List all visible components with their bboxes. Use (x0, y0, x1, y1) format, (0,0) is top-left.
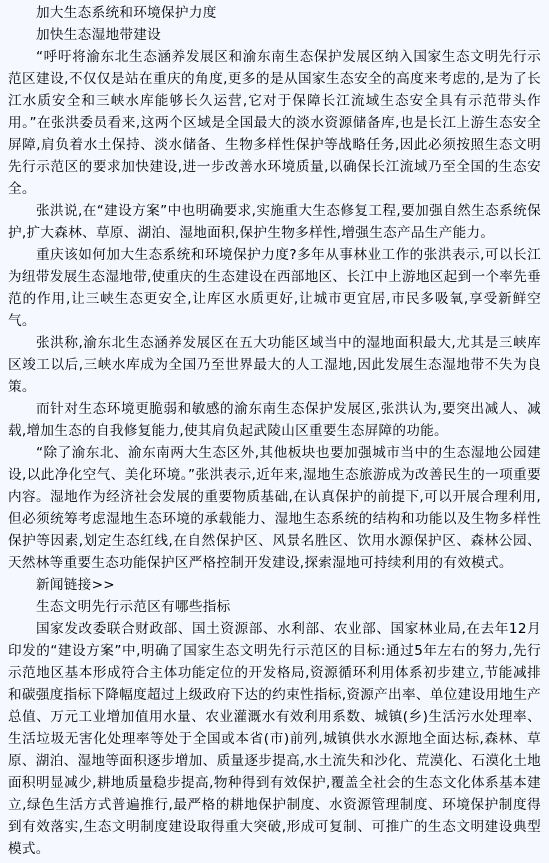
article-paragraph: 张洪称,渝东北生态涵养发展区在五大功能区域当中的湿地面积最大,尤其是三峡库区竣工… (8, 332, 541, 398)
article-paragraph: “呼吁将渝东北生态涵养发展区和渝东南生态保护发展区纳入国家生态文明先行示范区建设… (8, 46, 541, 200)
section-heading: 加大生态系统和环境保护力度 (8, 2, 541, 24)
section-subheading: 加快生态湿地带建设 (8, 24, 541, 46)
article-paragraph: 张洪说,在“建设方案”中也明确要求,实施重大生态修复工程,要加强自然生态系统保护… (8, 200, 541, 244)
article-paragraph: 而针对生态环境更脆弱和敏感的渝东南生态保护发展区,张洪认为,要突出减人、减载,增… (8, 398, 541, 442)
article-paragraph: “除了渝东北、渝东南两大生态区外,其他板块也要加强城市当中的生态湿地公园建设,以… (8, 442, 541, 574)
article-paragraph: 重庆该如何加大生态系统和环境保护力度?多年从事林业工作的张洪表示,可以长江为纽带… (8, 244, 541, 332)
article-paragraph: 国家发改委联合财政部、国土资源部、水利部、农业部、国家林业局,在去年12月印发的… (8, 618, 541, 860)
sidebar-heading: 生态文明先行示范区有哪些指标 (8, 596, 541, 618)
news-link-label: 新闻链接>> (8, 574, 541, 596)
article-body: 加大生态系统和环境保护力度 加快生态湿地带建设 “呼吁将渝东北生态涵养发展区和渝… (0, 0, 549, 860)
